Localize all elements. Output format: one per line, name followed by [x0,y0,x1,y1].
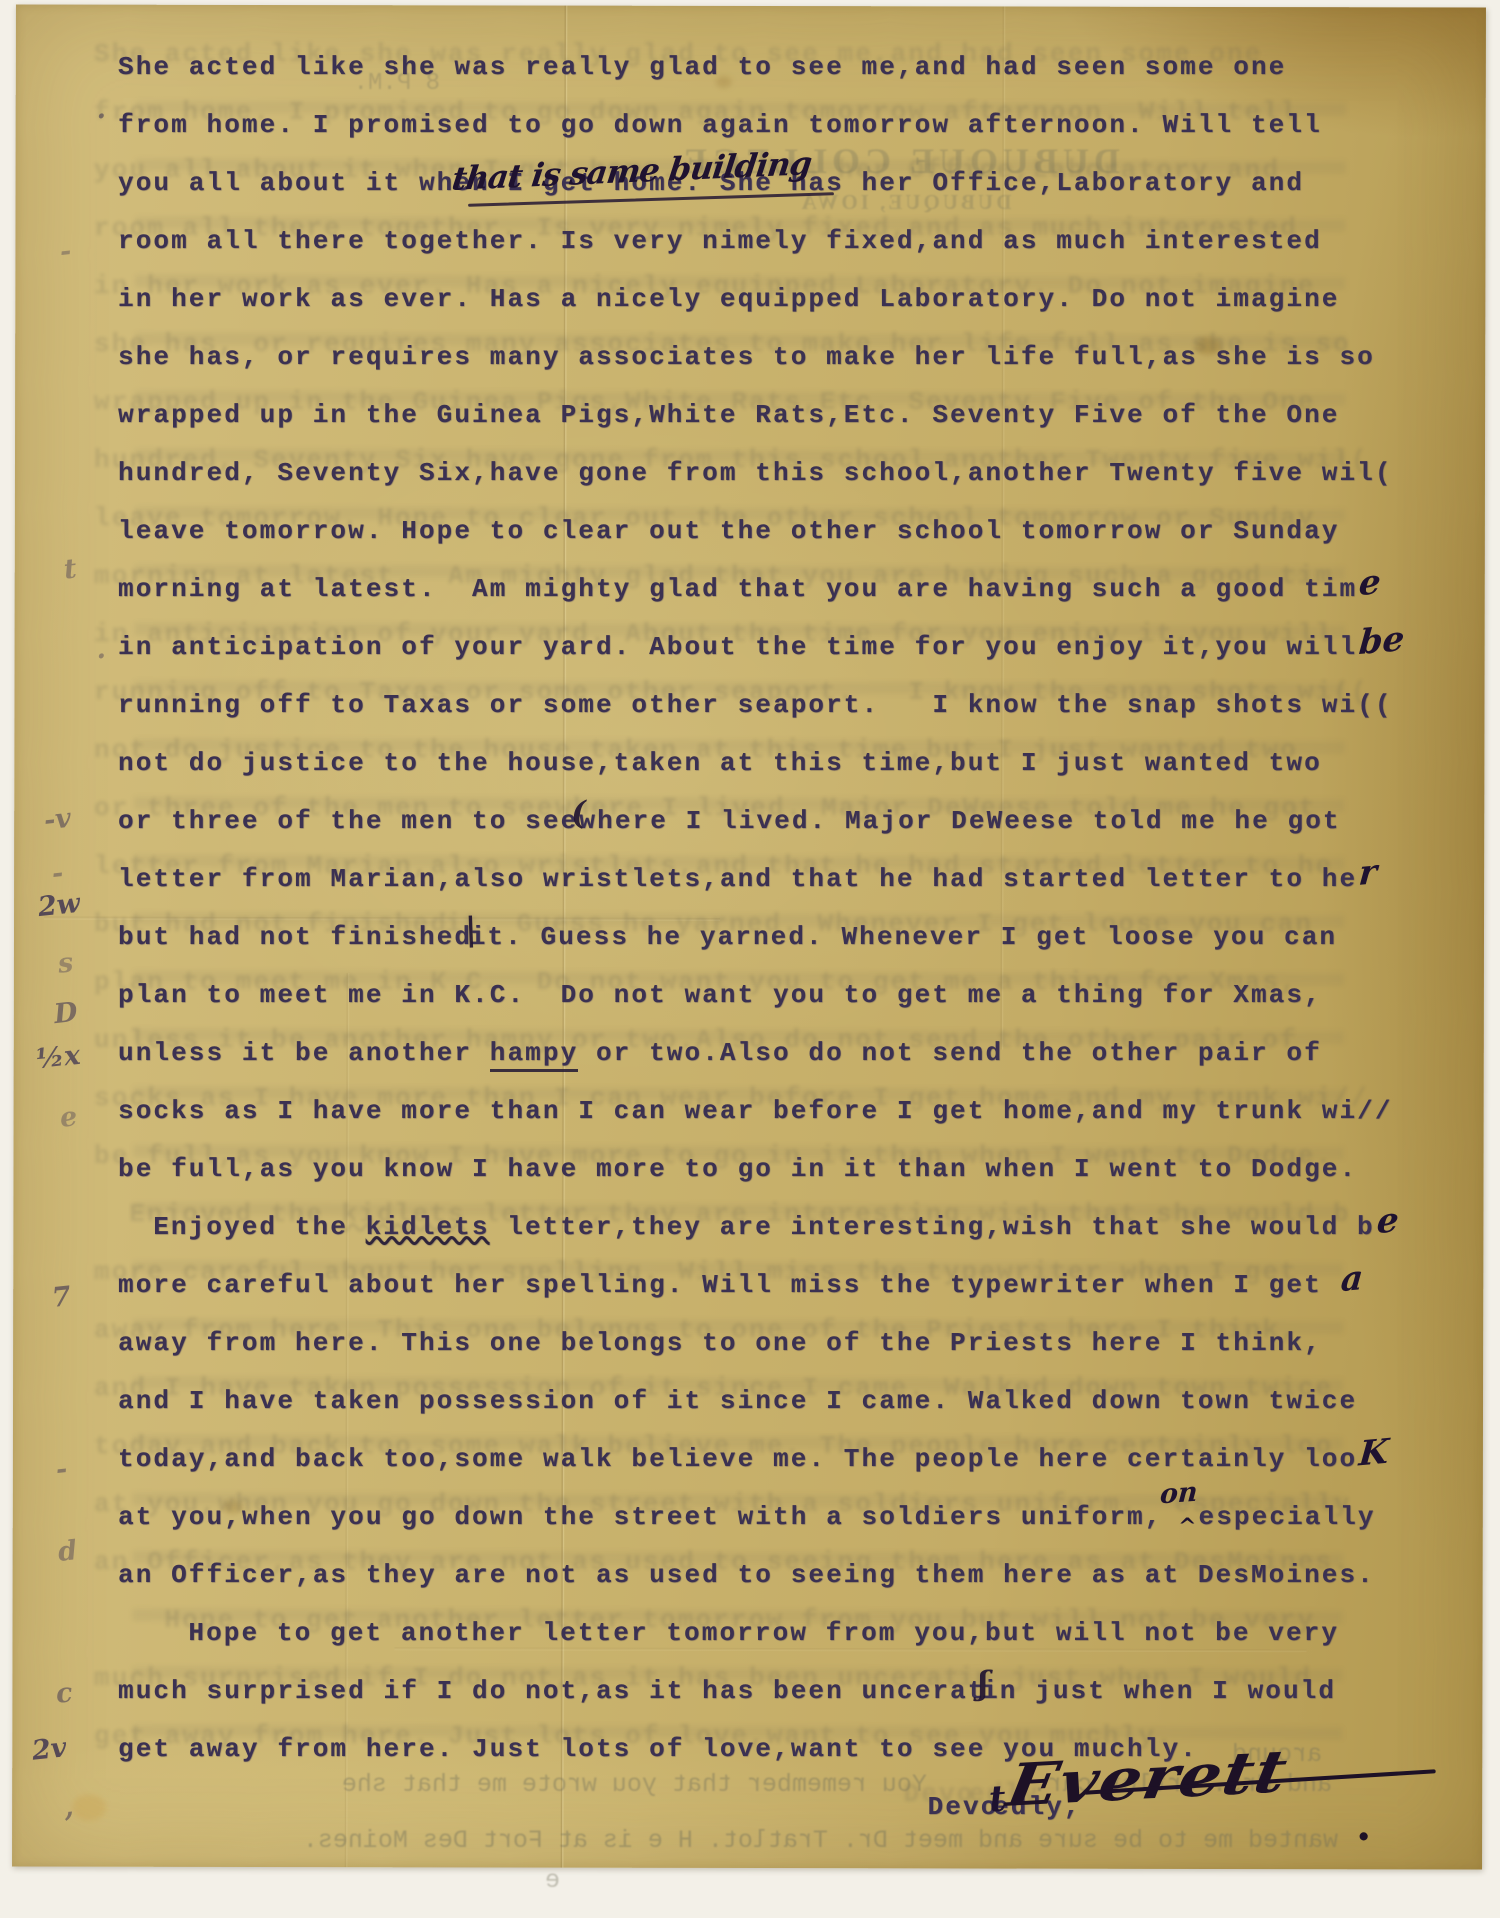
typed-text-segment: morning at latest. Am mighty glad that y… [118,574,1357,604]
typed-text-segment: where I lived. Major DeWeese told me he … [579,806,1340,836]
handwritten-correction: r [1358,855,1379,891]
typed-line: in her work as ever. Has a nicely equipp… [118,270,1438,328]
margin-ink-mark: D [53,999,79,1028]
typed-line: more careful about her spelling. Will mi… [118,1256,1438,1314]
typed-line: at you,when you go down the street with … [118,1488,1438,1546]
handwritten-insert-stroke: ʃ [978,1667,990,1699]
typed-word-hand-underlined: hampy [490,1038,579,1072]
typed-line: wrapped up in the Guinea Pigs,White Rats… [118,386,1438,444]
typed-text-segment: away from here. This one belongs to one … [118,1328,1322,1358]
typed-line: but had not finished|it. Guess he yarned… [118,908,1438,966]
handwritten-correction: K [1358,1435,1390,1472]
typed-line: she has, or requires many associates to … [118,328,1438,386]
typed-text-segment: unless it be another [118,1038,490,1068]
typed-text-segment: hundred, Seventy Six,have gone from this… [118,458,1393,488]
typed-text-segment: Hope to get another letter tomorrow from… [188,1618,1339,1648]
typed-text-segment: an Officer,as they are not as used to se… [118,1560,1375,1590]
typed-line: not do justice to the house,taken at thi… [118,734,1438,792]
paper-stain-spot [72,1795,106,1821]
margin-ink-mark: d [57,1537,79,1566]
typed-text-segment: in just when I would [982,1676,1336,1706]
typed-text-segment: from home. I promised to go down again t… [118,110,1322,140]
typed-line: away from here. This one belongs to one … [118,1314,1438,1372]
margin-ink-mark: 2v [31,1734,68,1764]
typed-text-segment: running off to Taxas or some other seapo… [118,690,1393,720]
margin-ink-mark: 2w [37,890,82,921]
handwritten-caret: ^ [1178,1516,1196,1538]
typed-text-segment: letter from Marian,also wristlets,and th… [118,864,1357,894]
typed-text-segment: more careful about her spelling. Will mi… [118,1270,1339,1300]
typed-text-segment: be full,as you know I have more to go in… [118,1154,1357,1184]
typed-line: or three of the men to see(where I lived… [118,792,1438,850]
typed-text-segment: plan to meet me in K.C. Do not want you … [118,980,1322,1010]
typed-line: an Officer,as they are not as used to se… [118,1546,1438,1604]
typed-text-segment: it. Guess he yarned. Whenever I get loos… [470,922,1337,952]
typed-text-segment: or three of the men to see [118,806,578,836]
typed-text-segment: socks as I have more than I can wear bef… [118,1096,1393,1126]
handwritten-superscript-insert: on [1160,1479,1199,1509]
typed-line: unless it be another hampy or two.Also d… [118,1024,1438,1082]
typed-line: much surprised if I do not,as it has bee… [118,1662,1438,1720]
typed-line: plan to meet me in K.C. Do not want you … [118,966,1438,1024]
typed-line: leave tomorrow. Hope to clear out the ot… [118,502,1438,560]
typed-line: room all there together. Is very nimely … [118,212,1438,270]
handwritten-correction: e [1358,565,1383,601]
handwritten-insert-stroke: | [465,913,478,945]
typed-line: socks as I have more than I can wear bef… [118,1082,1438,1140]
typed-text-segment: Enjoyed the [153,1212,365,1242]
handwritten-correction: a [1340,1261,1365,1297]
handwritten-correction: be [1358,622,1406,660]
margin-ink-mark: -v [43,805,73,835]
typed-text-segment: in her work as ever. Has a nicely equipp… [118,284,1339,314]
typed-text-segment: room all there together. Is very nimely … [118,226,1322,256]
typed-line: in anticipation of your yard. About the … [118,618,1438,676]
typed-line: Enjoyed the kidlets letter,they are inte… [118,1198,1438,1256]
handwritten-insert-stroke: ( [571,797,587,830]
typed-word-hand-underlined: kidlets [366,1212,490,1242]
typed-text-segment: at you,when you go down the street with … [118,1502,1162,1532]
typed-text-segment: letter,they are interesting,wish that sh… [490,1212,1375,1242]
showthrough-stray-char: e [500,1866,560,1895]
typed-line: morning at latest. Am mighty glad that y… [118,560,1438,618]
typed-text-segment: she has, or requires many associates to … [118,342,1375,372]
typed-text-segment: not do justice to the house,taken at thi… [118,748,1322,778]
typed-text-segment: in anticipation of your yard. About the … [118,632,1357,662]
typed-line: She acted like she was really glad to se… [118,38,1438,96]
typed-line: be full,as you know I have more to go in… [118,1140,1438,1198]
margin-ink-mark: t [63,555,78,583]
typed-text-segment: today,and back too,some walk believe me.… [118,1444,1357,1474]
typed-text-segment: She acted like she was really glad to se… [118,52,1286,82]
typed-text-segment: much surprised if I do not,as it has bee… [118,1676,985,1706]
typed-text-segment: especially [1199,1502,1376,1532]
scanned-letter-page: { "meta": { "document_kind": "typewritte… [0,0,1500,1918]
typed-letter-body: She acted like she was really glad to se… [118,38,1438,1836]
typed-line: Hope to get another letter tomorrow from… [118,1604,1438,1662]
typed-text-segment: leave tomorrow. Hope to clear out the ot… [118,516,1339,546]
margin-ink-mark: c [55,1679,74,1708]
typed-text-segment: and I have taken possession of it since … [118,1386,1357,1416]
signature-period: . [1356,1800,1371,1851]
typed-text-segment: Devo [928,1792,999,1822]
typed-line: running off to Taxas or some other seapo… [118,676,1438,734]
margin-ink-mark: ½x [35,1042,82,1073]
margin-ink-mark: 7 [51,1283,73,1312]
typed-line: letter from Marian,also wristlets,and th… [118,850,1438,908]
typed-line: hundred, Seventy Six,have gone from this… [118,444,1438,502]
typed-line: and I have taken possession of it since … [118,1372,1438,1430]
typed-line: today,and back too,some walk believe me.… [118,1430,1438,1488]
typed-text-segment: or two.Also do not send the other pair o… [578,1038,1322,1068]
typed-text-segment: wrapped up in the Guinea Pigs,White Rats… [118,400,1339,430]
typed-text-segment: but had not finished [118,922,472,952]
handwritten-correction: e [1375,1203,1400,1239]
margin-ink-mark: s [57,949,75,977]
margin-ink-mark: e [59,1103,79,1132]
